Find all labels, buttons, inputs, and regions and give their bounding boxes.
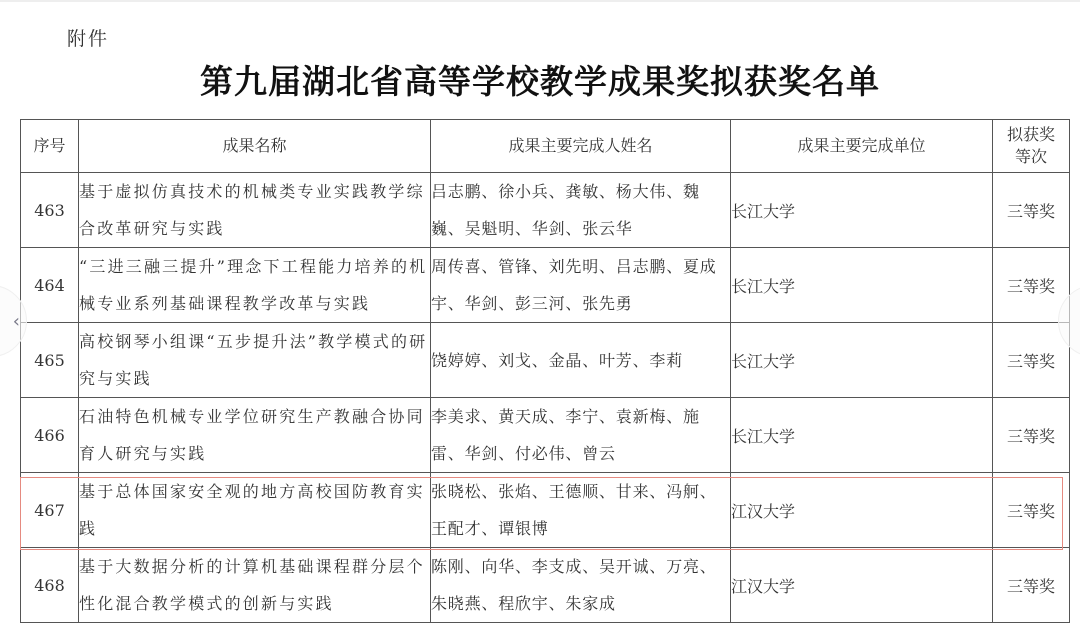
header-award: 拟获奖 等次 [993,120,1070,173]
row-unit: 江汉大学 [731,548,993,623]
row-award: 三等奖 [993,398,1070,473]
header-people: 成果主要完成人姓名 [431,120,731,173]
row-index: 463 [21,173,79,248]
row-people: 张晓松、张焰、王德顺、甘来、冯舸、王配才、谭银博 [431,473,731,548]
row-achievement: 高校钢琴小组课“五步提升法”教学模式的研究与实践 [79,323,431,398]
table-row: 466 石油特色机械专业学位研究生产教融合协同育人研究与实践 李美求、黄天成、李… [21,398,1070,473]
row-unit: 长江大学 [731,323,993,398]
row-unit: 长江大学 [731,398,993,473]
row-index: 464 [21,248,79,323]
table-row: 463 基于虚拟仿真技术的机械类专业实践教学综合改革研究与实践 吕志鹏、徐小兵、… [21,173,1070,248]
row-unit: 长江大学 [731,173,993,248]
row-award: 三等奖 [993,473,1070,548]
row-people: 陈刚、向华、李支成、吴开诚、万亮、朱晓燕、程欣宇、朱家成 [431,548,731,623]
header-award-line2: 等次 [993,146,1069,168]
table-row: 464 “三进三融三提升”理念下工程能力培养的机械专业系列基础课程教学改革与实践… [21,248,1070,323]
row-people: 吕志鹏、徐小兵、龚敏、杨大伟、魏巍、吴魁明、华剑、张云华 [431,173,731,248]
row-people: 饶婷婷、刘戈、金晶、叶芳、李莉 [431,323,731,398]
row-award: 三等奖 [993,173,1070,248]
header-award-line1: 拟获奖 [993,124,1069,146]
row-people: 周传喜、管锋、刘先明、吕志鹏、夏成宇、华剑、彭三河、张先勇 [431,248,731,323]
table-row: 465 高校钢琴小组课“五步提升法”教学模式的研究与实践 饶婷婷、刘戈、金晶、叶… [21,323,1070,398]
header-unit: 成果主要完成单位 [731,120,993,173]
row-achievement: “三进三融三提升”理念下工程能力培养的机械专业系列基础课程教学改革与实践 [79,248,431,323]
row-index: 466 [21,398,79,473]
row-index: 467 [21,473,79,548]
row-award: 三等奖 [993,248,1070,323]
row-unit: 江汉大学 [731,473,993,548]
row-achievement: 基于大数据分析的计算机基础课程群分层个性化混合教学模式的创新与实践 [79,548,431,623]
row-people: 李美求、黄天成、李宁、袁新梅、施雷、华剑、付必伟、曾云 [431,398,731,473]
row-award: 三等奖 [993,323,1070,398]
attachment-label: 附件 [67,24,109,51]
row-index: 465 [21,323,79,398]
row-index: 468 [21,548,79,623]
award-table: 序号 成果名称 成果主要完成人姓名 成果主要完成单位 拟获奖 等次 463 基于… [20,119,1070,623]
header-index: 序号 [21,120,79,173]
table-header-row: 序号 成果名称 成果主要完成人姓名 成果主要完成单位 拟获奖 等次 [21,120,1070,173]
document-title: 第九届湖北省高等学校教学成果奖拟获奖名单 [0,56,1080,103]
row-achievement: 基于总体国家安全观的地方高校国防教育实践 [79,473,431,548]
row-achievement: 石油特色机械专业学位研究生产教融合协同育人研究与实践 [79,398,431,473]
row-achievement: 基于虚拟仿真技术的机械类专业实践教学综合改革研究与实践 [79,173,431,248]
table-row-highlighted: 467 基于总体国家安全观的地方高校国防教育实践 张晓松、张焰、王德顺、甘来、冯… [21,473,1070,548]
top-divider [0,0,1080,2]
row-award: 三等奖 [993,548,1070,623]
chevron-left-icon: ‹ [13,311,20,332]
header-achievement: 成果名称 [79,120,431,173]
row-unit: 长江大学 [731,248,993,323]
table-row: 468 基于大数据分析的计算机基础课程群分层个性化混合教学模式的创新与实践 陈刚… [21,548,1070,623]
